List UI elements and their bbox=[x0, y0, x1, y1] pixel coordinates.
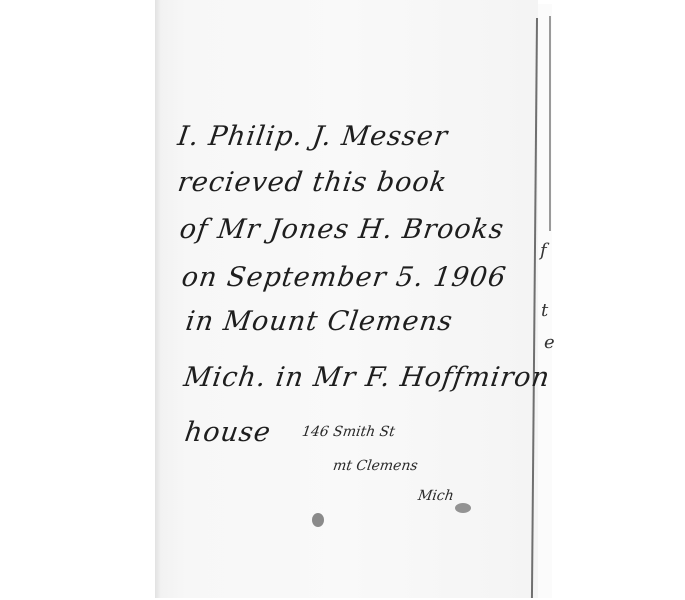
address-line-3: Mich bbox=[417, 488, 455, 504]
margin-mark: f bbox=[540, 240, 547, 261]
margin-mark: e bbox=[544, 332, 555, 353]
inscription-line-6: Mich. in Mr F. Hoffmiron bbox=[182, 362, 552, 393]
back-page-edge-line bbox=[549, 16, 551, 231]
address-line-2: mt Clemens bbox=[332, 458, 419, 474]
ink-blot bbox=[312, 513, 324, 527]
inscription-line-7: house bbox=[183, 417, 273, 448]
margin-mark: t bbox=[541, 300, 548, 321]
address-line-1: 146 Smith St bbox=[301, 424, 396, 440]
inscription-line-5: in Mount Clemens bbox=[184, 306, 455, 337]
inscription-line-1: I. Philip. J. Messer bbox=[176, 121, 450, 152]
document-page bbox=[155, 0, 538, 598]
inscription-line-4: on September 5. 1906 bbox=[180, 262, 509, 293]
inscription-line-2: recieved this book bbox=[176, 167, 450, 198]
inscription-line-3: of Mr Jones H. Brooks bbox=[178, 214, 506, 245]
ink-smudge bbox=[455, 503, 471, 513]
